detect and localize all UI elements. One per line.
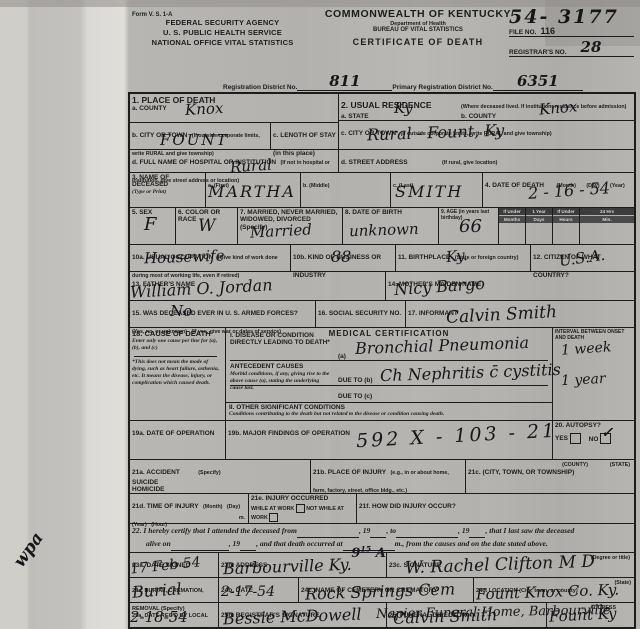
color-race-value: W (198, 216, 215, 236)
age-subbox-hours-label: Hours (553, 216, 579, 223)
father-name-value: William O. Jordan (130, 275, 273, 301)
certify-text-2a: alive on (146, 539, 171, 548)
certify-text-1d: , 19 (458, 526, 469, 535)
autopsy-yes-checkbox (570, 433, 581, 444)
age-subboxes: If Under Months 1 Year Days If Under Hou… (498, 208, 634, 244)
toi-day: (Day) (227, 504, 240, 510)
accident-cell: 21a. ACCIDENT (Specify) SUICIDE HOMICIDE (130, 460, 310, 493)
name-of-deceased-label-cell: 3. NAME OF DECEASED (Type or Print) (130, 173, 205, 207)
length-of-stay-cell: c. LENGTH OF STAY (in this place) (270, 123, 338, 149)
time-of-injury-cell: 21d. TIME OF INJURY (Month) (Day) (Year)… (130, 494, 248, 523)
file-number-block: 54- 3177 FILE NO. 116 REGISTRAR'S NO. 28 (509, 6, 634, 57)
place-county-cell: 1. PLACE OF DEATH a. COUNTY Knox (130, 94, 338, 122)
certify-text-1a: 22. I hereby certify that I attended the… (132, 526, 297, 535)
commonwealth-title: COMMONWEALTH OF KENTUCKY (318, 8, 518, 20)
injury-location-cell: 21c. (CITY, TOWN, OR TOWNSHIP) (COUNTY) … (465, 460, 634, 493)
armed-forces-value: No (170, 302, 192, 320)
cemetery-cell: 24c. NAME OF CEMETERY OR CREMATORY Rock … (298, 578, 473, 602)
date-received-cell: 25a. DATE REC'D BY LOCAL REG. 2-18-54 (130, 603, 218, 627)
certify-blank-from (297, 530, 359, 538)
physician-signature-value: W. Rachel Clifton M D (405, 552, 596, 579)
autopsy-label: 20. AUTOPSY? (555, 422, 632, 429)
suicide-label: SUICIDE (132, 479, 308, 486)
certify-blank-to (396, 530, 458, 538)
first-name-cell: a. (First) MARTHA (205, 173, 300, 207)
other-conditions-note: Conditions contributing to the death but… (229, 411, 549, 418)
certify-blank-alive (171, 543, 229, 551)
place-city-value: FOUNT (160, 131, 228, 149)
certify-time-blank: 915 A (343, 543, 395, 551)
age-value: 66 (459, 216, 482, 237)
mother-name-cell: 14. MOTHER'S MAIDEN NAME Nicy Bargo (385, 272, 634, 300)
middle-name-cell: b. (Middle) (300, 173, 390, 207)
margin-handwriting: wpa (10, 529, 48, 571)
cause-b-value: Ch Nephritis c̄ cystitis (380, 360, 561, 385)
physician-address-value: Barbourville Ky. (223, 555, 352, 578)
armed-forces-label: 15. WAS DECEASED EVER IN U. S. ARMED FOR… (132, 310, 298, 317)
major-findings-value: 592 X - 103 - 21 (356, 420, 558, 453)
date-of-death-year-label: (Year) (610, 183, 625, 189)
row-forces-ssn-informant: 15. WAS DECEASED EVER IN U. S. ARMED FOR… (130, 300, 634, 327)
ssn-label: 16. SOCIAL SECURITY NO. (318, 310, 401, 317)
row-cause-of-death: 18. CAUSE OF DEATH Enter only one cause … (130, 327, 634, 420)
certificate: Form V. S. 1-A FEDERAL SECURITY AGENCY U… (128, 6, 636, 629)
while-at-work-label: WHILE AT WORK (251, 506, 294, 512)
major-findings-cell: 19b. MAJOR FINDINGS OF OPERATION 592 X -… (225, 421, 552, 459)
place-of-death-title: 1. PLACE OF DEATH (132, 95, 336, 105)
autopsy-yes-label: YES (555, 436, 568, 443)
interval-a-value: 1 week (561, 339, 612, 358)
certify-blank-yr3 (240, 543, 256, 551)
registrar-no-value: 28 (581, 38, 602, 56)
occupation-value: Housewife (144, 247, 225, 268)
autopsy-no-checkbox: ✓ (600, 433, 611, 444)
other-conditions-label: II. OTHER SIGNIFICANT CONDITIONS (229, 404, 549, 411)
other-conditions-cell: II. OTHER SIGNIFICANT CONDITIONS Conditi… (226, 402, 552, 419)
cause-line-b: ANTECEDENT CAUSES Morbid conditions, if … (230, 361, 548, 386)
row-parents: 13. FATHER'S NAME William O. Jordan 14. … (130, 271, 634, 300)
date-of-operation-label: 19a. DATE OF OPERATION (132, 430, 214, 437)
burial-cell: 24a. BURIAL, CREMATION, REMOVAL (Specify… (130, 578, 218, 602)
burial-date-value: 2-17-54 (221, 584, 275, 600)
toi-m: m. (239, 515, 245, 521)
burial-value: Burial (131, 579, 182, 601)
medical-certification-cell: MEDICAL CERTIFICATION I. DISEASE OR COND… (225, 328, 552, 420)
row-operation-autopsy: 19a. DATE OF OPERATION 19b. MAJOR FINDIN… (130, 420, 634, 459)
cause-of-death-title: 18. CAUSE OF DEATH (132, 329, 223, 338)
place-of-death-section: 1. PLACE OF DEATH a. COUNTY Knox b. CITY… (130, 94, 338, 172)
injury-state-label: (STATE) (610, 462, 630, 468)
interval-column: INTERVAL BETWEEN ONSET AND DEATH 1 week … (552, 328, 634, 420)
age-subbox-hours: If Under Hours (552, 208, 579, 244)
birthplace-label: 11. BIRTHPLACE (398, 254, 450, 261)
color-race-cell: 6. COLOR OR RACE W (175, 208, 237, 244)
place-county-label: a. COUNTY (132, 105, 336, 112)
accident-label: 21a. ACCIDENT (132, 469, 180, 476)
middle-name-label: b. (Middle) (303, 183, 329, 189)
first-name-value: MARTHA (208, 182, 296, 201)
residence-county-value: Knox (538, 97, 578, 118)
date-of-birth-value: unknown (349, 220, 419, 240)
mother-name-value: Nicy Bargo (393, 274, 485, 299)
issuing-agency-block: Form V. S. 1-A FEDERAL SECURITY AGENCY U… (130, 12, 315, 48)
degree-title-note: (Degree or title) (591, 555, 630, 561)
primary-district-label: Primary Registration District No. (392, 84, 492, 91)
ssn-cell: 16. SOCIAL SECURITY NO. (315, 301, 405, 327)
row-sex-race-age: 5. SEX F 6. COLOR OR RACE W 7. MARRIED, … (130, 207, 634, 244)
residence-county-cell: (Where deceased lived. If institution: r… (459, 94, 634, 120)
informant-value: Calvin Smith (446, 302, 558, 328)
certify-blank-yr2 (469, 530, 485, 538)
physician-signature-cell: 23c. SIGNATURE (Degree or title) W. Rach… (386, 553, 634, 577)
registrar-signature-cell: 25b. REGISTRAR'S SIGNATURE Bessie McDowe… (218, 603, 386, 627)
business-cell: 10b. KIND OF BUSINESS OR INDUSTRY 88 (290, 245, 395, 271)
autopsy-cell: 20. AUTOPSY? YES NO ✓ (552, 421, 634, 459)
place-city-row: b. CITY OR TOWN (If outside corporate li… (130, 122, 338, 149)
scanned-death-certificate: wpa Form V. S. 1-A FEDERAL SECURITY AGEN… (0, 0, 640, 629)
certify-text-2c: , and that death occurred at (256, 539, 343, 548)
cause-side-note1: Enter only one cause per line for (a), (… (132, 338, 223, 352)
cemetery-location-cell: 24d. LOCATION (City, town, or county) (S… (473, 578, 634, 602)
date-received-value: 2-18-54 (130, 608, 188, 626)
residence-city-value: Rural - Fount, Ky (367, 121, 505, 145)
certify-blank-yr1 (370, 530, 386, 538)
age-subbox-months-header: If Under (499, 208, 525, 215)
cemetery-location-value: Fount Knox Co. Ky. (476, 581, 620, 604)
cemetery-value: Rock Springs Cem (305, 579, 456, 603)
agency-line-3: NATIONAL OFFICE VITAL STATISTICS (130, 38, 315, 48)
age-subbox-hours-header: If Under (553, 208, 579, 215)
divider (134, 356, 217, 357)
usual-residence-title: 2. USUAL RESIDENCE (341, 100, 432, 110)
agency-line-2: U. S. PUBLIC HEALTH SERVICE (130, 28, 315, 38)
accident-specify-note: (Specify) (198, 470, 220, 476)
certify-text-2d: m., from the causes and on the date stat… (395, 539, 548, 548)
residence-street-note: (If rural, give location) (442, 160, 497, 166)
certificate-title: CERTIFICATE OF DEATH (318, 37, 518, 47)
registrar-no-label: REGISTRAR'S NO. (509, 49, 567, 56)
place-of-injury-label: 21b. PLACE OF INJURY (313, 469, 386, 476)
place-of-injury-cell: 21b. PLACE OF INJURY (e.g., in or about … (310, 460, 465, 493)
time-of-injury-label: 21d. TIME OF INJURY (132, 503, 199, 510)
how-injury-occurred-cell: 21f. HOW DID INJURY OCCUR? (356, 494, 634, 523)
residence-street-label: d. STREET ADDRESS (341, 159, 408, 166)
cause-side-note2: *This does not mean the mode of dying, s… (132, 359, 223, 387)
while-at-work-checkbox (296, 504, 305, 513)
age-subbox-months-label: Months (499, 216, 525, 223)
cause-line-c: DUE TO (c) (230, 386, 548, 402)
cause-a-label: I. DISEASE OR CONDITION DIRECTLY LEADING… (230, 332, 335, 347)
birthplace-cell: 11. BIRTHPLACE (State or foreign country… (395, 245, 530, 271)
physician-address-cell: 23b. ADDRESS Barbourville Ky. (218, 553, 386, 577)
date-of-birth-label: 8. DATE OF BIRTH (345, 209, 436, 216)
age-subbox-days-header: 1 Year (526, 208, 552, 215)
name-of-deceased-title: 3. NAME OF DECEASED (132, 174, 203, 189)
case-number-handwriting: 54- 3177 (509, 6, 634, 28)
row-accident: 21a. ACCIDENT (Specify) SUICIDE HOMICIDE… (130, 459, 634, 493)
registrar-signature-value: Bessie McDowell (223, 605, 362, 629)
residence-state-county-row: 2. USUAL RESIDENCE a. STATE Ky (Where de… (339, 94, 634, 120)
row-burial: 24a. BURIAL, CREMATION, REMOVAL (Specify… (130, 577, 634, 602)
certify-text-1b: , 19 (359, 526, 370, 535)
autopsy-no-checkmark: ✓ (601, 425, 613, 441)
certify-text-1e: , that I last saw the deceased (485, 526, 574, 535)
father-name-cell: 13. FATHER'S NAME William O. Jordan (130, 272, 385, 300)
row-place-residence: 1. PLACE OF DEATH a. COUNTY Knox b. CITY… (130, 94, 634, 172)
row-occupation: 10a. USUAL OCCUPATION (Give kind of work… (130, 244, 634, 271)
residence-city-cell: c. CITY OR TOWN (If outside corporate li… (339, 120, 634, 149)
how-injury-occurred-label: 21f. HOW DID INJURY OCCUR? (359, 503, 456, 510)
certificate-header: Form V. S. 1-A FEDERAL SECURITY AGENCY U… (128, 6, 636, 92)
certification-statement: 22. I hereby certify that I attended the… (130, 524, 634, 552)
row-certification: 22. I hereby certify that I attended the… (130, 523, 634, 552)
injury-county-label: (COUNTY) (562, 462, 588, 468)
injury-city-label: 21c. (CITY, TOWN, OR TOWNSHIP) (468, 469, 574, 476)
occupation-cell: 10a. USUAL OCCUPATION (Give kind of work… (130, 245, 290, 271)
sex-cell: 5. SEX F (130, 208, 175, 244)
age-cell: 9. AGE (in years last birthday) 66 (438, 208, 498, 244)
age-subbox-days-label: Days (526, 216, 552, 223)
registration-district-label: Registration District No. (223, 84, 297, 91)
age-subbox-months: If Under Months (498, 208, 525, 244)
age-subbox-days: 1 Year Days (525, 208, 552, 244)
cause-b-label: DUE TO (b) (338, 377, 373, 384)
certify-text-1c: , to (386, 526, 396, 535)
interval-label: INTERVAL BETWEEN ONSET AND DEATH (555, 329, 632, 341)
date-of-birth-cell: 8. DATE OF BIRTH unknown (342, 208, 438, 244)
bureau-line: BUREAU OF VITAL STATISTICS (318, 27, 518, 33)
date-of-operation-cell: 19a. DATE OF OPERATION (130, 421, 225, 459)
antecedent-label: ANTECEDENT CAUSES (230, 363, 303, 370)
place-county-value: Knox (185, 99, 224, 119)
major-findings-label: 19b. MAJOR FINDINGS OF OPERATION (228, 430, 350, 437)
registrar-no-line: REGISTRAR'S NO. 28 (509, 40, 634, 57)
age-subbox-min: 24 Hrs Min. (579, 208, 634, 244)
birthplace-value: Ky. (445, 246, 468, 266)
cause-of-death-label-cell: 18. CAUSE OF DEATH Enter only one cause … (130, 328, 225, 420)
place-city-cell: b. CITY OR TOWN (If outside corporate li… (130, 123, 270, 149)
citizen-value: U.S.A. (558, 246, 606, 270)
not-while-at-work-checkbox (269, 513, 278, 522)
residence-state-cell: 2. USUAL RESIDENCE a. STATE Ky (339, 94, 459, 120)
injury-occurred-options: WHILE AT WORK NOT WHILE AT WORK (251, 504, 354, 522)
form-table: 1. PLACE OF DEATH a. COUNTY Knox b. CITY… (128, 92, 636, 629)
cause-line-a: I. DISEASE OR CONDITION DIRECTLY LEADING… (230, 338, 548, 361)
armed-forces-cell: 15. WAS DECEASED EVER IN U. S. ARMED FOR… (130, 301, 315, 327)
date-of-death-cell: 4. DATE OF DEATH (Month) (Day) (Year) 2 … (482, 173, 634, 207)
date-signed-value: 17 Feb 54 (129, 554, 201, 577)
last-name-value: SMITH (395, 182, 463, 201)
row-time-of-injury: 21d. TIME OF INJURY (Month) (Day) (Year)… (130, 493, 634, 523)
autopsy-no-label: NO (589, 436, 599, 443)
name-type-note: (Type or Print) (132, 189, 203, 196)
toi-month: (Month) (203, 504, 222, 510)
registration-district-value: 811 (297, 72, 392, 91)
burial-date-cell: 24b. DATE 2-17-54 (218, 578, 298, 602)
title-block: COMMONWEALTH OF KENTUCKY Department of H… (318, 8, 518, 47)
row-name-death-date: 3. NAME OF DECEASED (Type or Print) a. (… (130, 172, 634, 207)
row-signature: 23a. DATE SIGNED 17 Feb 54 23b. ADDRESS … (130, 552, 634, 577)
age-subbox-min-label: Min. (580, 216, 634, 223)
interval-b-value: 1 year (561, 371, 606, 389)
last-name-cell: c. (Last) SMITH (390, 173, 482, 207)
marital-status-value: Married (250, 220, 313, 241)
cause-c-label: DUE TO (c) (338, 393, 372, 400)
business-value: 88 (331, 247, 351, 266)
usual-residence-section: 2. USUAL RESIDENCE a. STATE Ky (Where de… (338, 94, 634, 172)
file-no-value: 116 (540, 26, 555, 36)
residence-state-value: Ky (394, 99, 413, 117)
marital-status-cell: 7. MARRIED, NEVER MARRIED, WIDOWED, DIVO… (237, 208, 342, 244)
certify-text-2b: , 19 (229, 539, 240, 548)
agency-line-1: FEDERAL SECURITY AGENCY (130, 18, 315, 28)
primary-district-value: 6351 (493, 72, 583, 91)
age-subbox-min-header: 24 Hrs (580, 208, 634, 215)
date-signed-cell: 23a. DATE SIGNED 17 Feb 54 (130, 553, 218, 577)
injury-occurred-cell: 21e. INJURY OCCURRED WHILE AT WORK NOT W… (248, 494, 356, 523)
autopsy-options: YES NO ✓ (555, 433, 632, 444)
citizen-cell: 12. CITIZEN OF WHAT COUNTRY? U.S.A. (530, 245, 634, 271)
injury-occurred-label: 21e. INJURY OCCURRED (251, 495, 354, 502)
sex-value: F (144, 214, 157, 235)
file-no-label: FILE NO. (509, 29, 536, 36)
cause-a-paren: (a) (338, 353, 346, 360)
informant-cell: 17. INFORMANT Calvin Smith (405, 301, 634, 327)
registration-district-line: Registration District No. 811 Primary Re… (223, 72, 636, 91)
